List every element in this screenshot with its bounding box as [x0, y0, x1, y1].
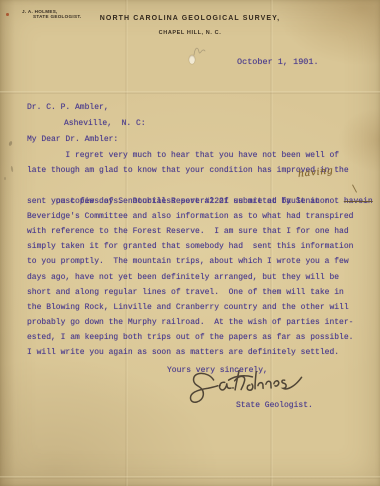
recipient-city: Asheville, N. C:: [64, 116, 146, 131]
body-line: I will write you again as soon as matter…: [27, 345, 373, 360]
letterhead-org-city: CHAPEL HILL, N. C.: [0, 30, 380, 36]
letter-body: I regret very much to hear that you have…: [27, 148, 373, 361]
body-line: sent you copies of Senatorial Report #22…: [27, 194, 373, 209]
margin-smudge: [4, 177, 6, 180]
body-line: with reference to the Forest Reserve. I …: [27, 224, 373, 239]
body-line-with-correction: past few days. Doubtless several of us a…: [27, 178, 373, 193]
body-line: the Blowing Rock, Linville and Cranberry…: [27, 300, 373, 315]
recipient-name: Dr. C. P. Ambler,: [27, 100, 109, 115]
body-line: simply taken it for granted that somebod…: [27, 239, 373, 254]
pen-tick-mark: [352, 185, 357, 194]
pencil-mark: [193, 44, 209, 63]
body-line: ested, I am keeping both trips out of th…: [27, 330, 373, 345]
margin-smudge: [8, 141, 13, 147]
body-line: probably go down the Murphy railroad. At…: [27, 315, 373, 330]
letter-page: J. A. HOLMES, STATE GEOLOGIST. NORTH CAR…: [0, 0, 380, 486]
handwritten-correction: having: [298, 167, 334, 181]
letter-date: October 1, 1901.: [237, 55, 319, 70]
body-line: to you promptly. The mountain trips, abo…: [27, 254, 373, 269]
salutation: My Dear Dr. Ambler:: [27, 132, 118, 147]
body-line: Beveridge's Committee and also informati…: [27, 209, 373, 224]
letterhead-org-name: NORTH CAROLINA GEOLOGICAL SURVEY,: [0, 15, 380, 22]
horizontal-crease-bottom: [0, 476, 380, 479]
body-line: short and along regular lines of travel.…: [27, 285, 373, 300]
body-line: I regret very much to hear that you have…: [27, 148, 373, 163]
horizontal-crease-top: [0, 91, 380, 94]
margin-smudge: [10, 166, 13, 172]
signature-title: State Geologist.: [236, 398, 313, 413]
body-line: days ago, have not yet been definitely a…: [27, 270, 373, 285]
